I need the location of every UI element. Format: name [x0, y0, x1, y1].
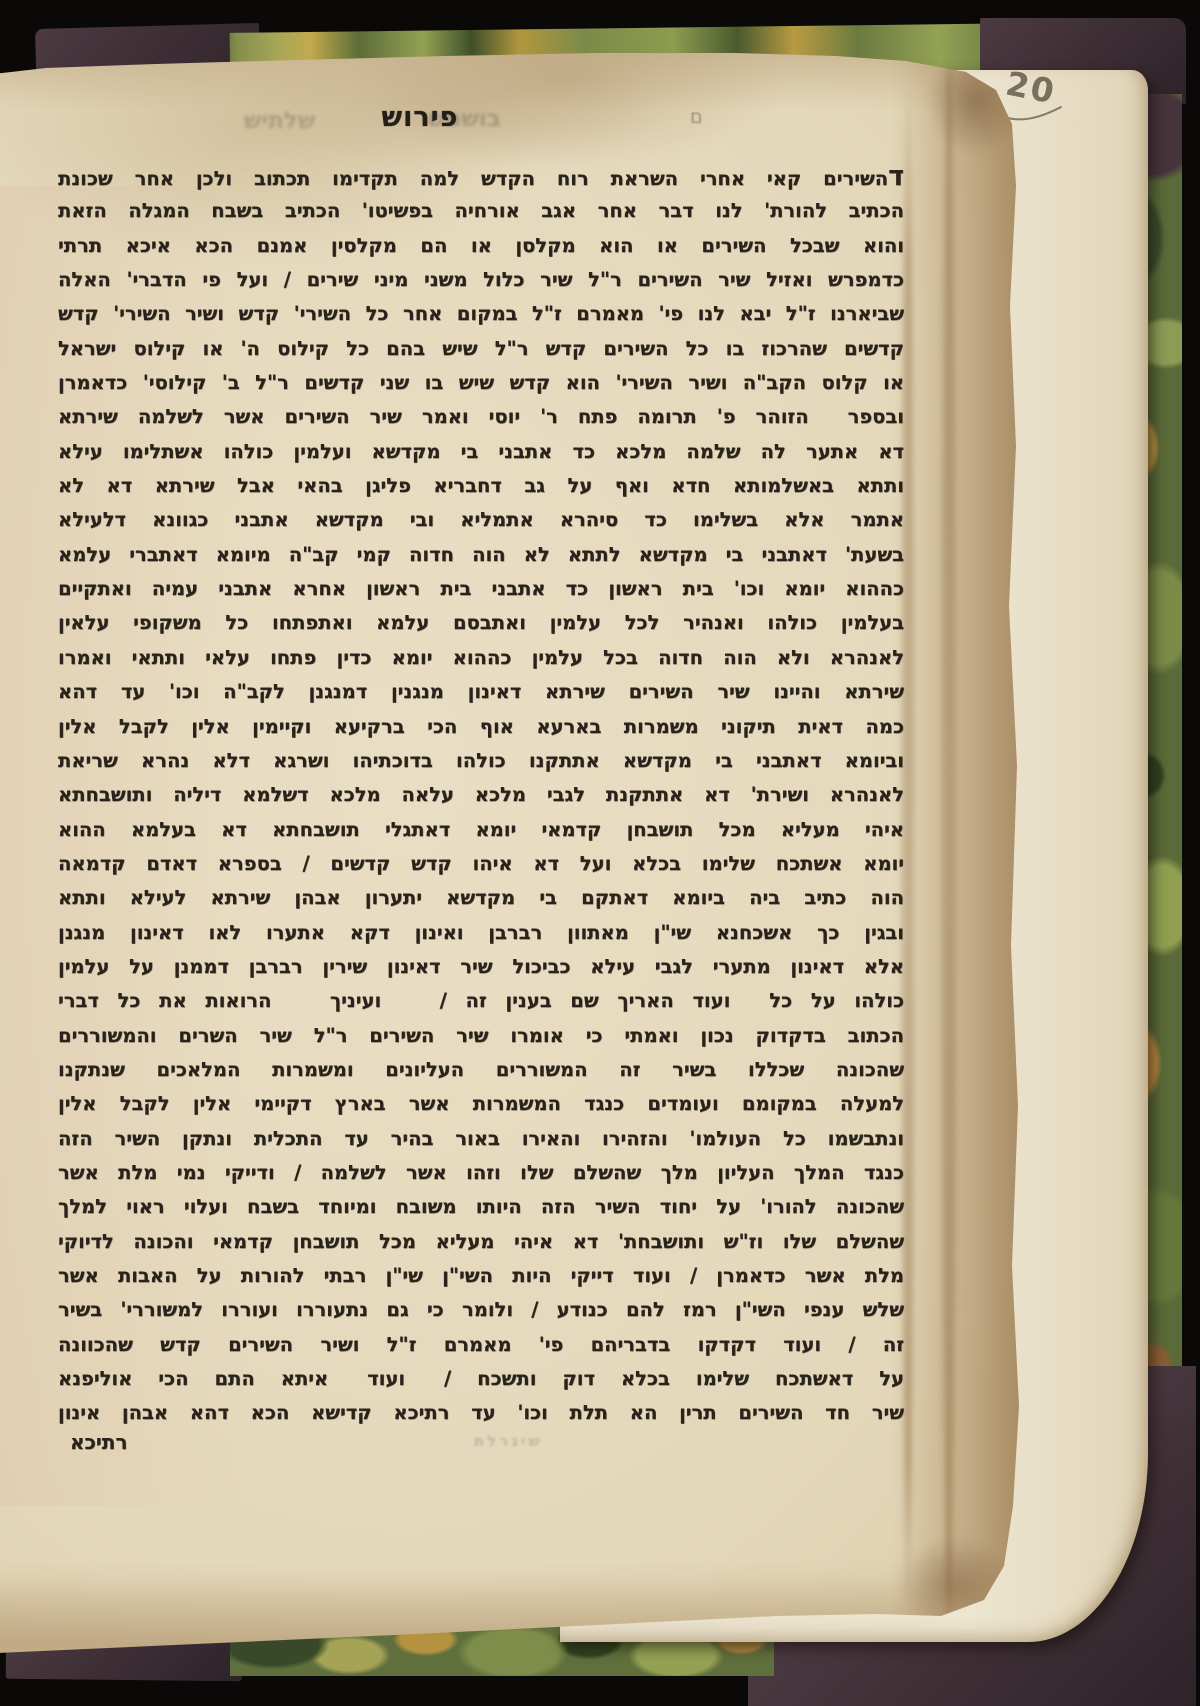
text-line: שלש ענפי השי"ן רמז להם כנודע / ולומר כי … — [58, 1293, 904, 1327]
book-photo: 20 שלתיש בושםש ם פירוש דהשירים קאי אחרי … — [0, 0, 1200, 1706]
text-line: כההוא יומא וכו' בית ראשון כד אתבני בית ר… — [58, 572, 904, 606]
text-line: ובגין כך אשכחנא שי"ן מאתוון רברבן ואינון… — [58, 916, 904, 950]
leather-cover-bottom-edge — [748, 1638, 1196, 1706]
text-line: דהשירים קאי אחרי השראת רוח הקדש למה תקדי… — [58, 160, 904, 194]
text-line: כולהו על כל ועוד האריך שם בענין זה / ועי… — [58, 984, 904, 1018]
text-line: הכתיב להורת' לנו דבר אחר אגב אורחיה בפשי… — [58, 194, 904, 228]
show-through-text: שלתיש — [244, 108, 315, 134]
text-line: שהכונה שכללו בשיר זה המשוררים העליונים ו… — [58, 1053, 904, 1087]
page-header-title: פירוש — [340, 102, 500, 133]
text-line: ונתבשמו כל העולמו' והזהירו והאירו באור ב… — [58, 1122, 904, 1156]
text-line: יומא אשתכח שלימו בכלא ועל דא איהו קדש קד… — [58, 847, 904, 881]
text-line: דא אתער לה שלמה מלכא כד אתבני בי מקדשא ו… — [58, 435, 904, 469]
text-line: לאנהרא ולא הוה חדוה בכל עלמין כההוא יומא… — [58, 641, 904, 675]
text-line: לאנהרא ושירת' דא אתתקנת לגבי מלכא עלאה מ… — [58, 778, 904, 812]
text-line: אלא דאינון מתערי לגבי עילא כביכול שיר דא… — [58, 950, 904, 984]
show-through-smudge: שיגרלת — [474, 1432, 543, 1450]
printed-page: שלתיש בושםש ם פירוש דהשירים קאי אחרי השר… — [0, 46, 1038, 1658]
text-line: שירתא והיינו שיר השירים שירתא דאינון מנג… — [58, 675, 904, 709]
text-line: איהי מעליא מכל תושבחן קדמאי יומא דאתגלי … — [58, 813, 904, 847]
water-stain-right — [892, 46, 1022, 1658]
text-line: שיר חד השירים תרין הא תלת וכו' עד רתיכא … — [58, 1396, 904, 1430]
text-line: זה / ועוד דקדקו בדבריהם פי' מאמרם ז"ל וש… — [58, 1328, 904, 1362]
show-through-mark: ם — [690, 106, 703, 128]
text-line: או קלוס הקב"ה ושיר השירי' הוא קדש שיש בו… — [58, 366, 904, 400]
text-line: על דאשתכח שלימו בכלא דוק ותשכח / ועוד אי… — [58, 1362, 904, 1396]
text-line: כמה דאית תיקוני משמרות בארעא אוף הכי ברק… — [58, 710, 904, 744]
text-line: הכתוב בדקדוק נכון ואמתי כי אומרו שיר השי… — [58, 1019, 904, 1053]
text-line: בשעת' דאתבני בי מקדשא לתתא לא הוה חדוה ק… — [58, 538, 904, 572]
text-line: שהשלם שלו וז"ש ותושבחת' דא איהי מעליא מכ… — [58, 1225, 904, 1259]
text-line: וביומא דאתבני בי מקדשא אתתקנו כולהו בדוכ… — [58, 744, 904, 778]
text-line: שהכונה להורו' על יחוד השיר הזה היותו משו… — [58, 1190, 904, 1224]
text-line: אתמר אלא בשלימו כד סיהרא אתמליא ובי מקדש… — [58, 503, 904, 537]
text-line: מלת אשר כדאמרן / ועוד דייקי היות השי"ן ש… — [58, 1259, 904, 1293]
text-line: הוה כתיב ביה ביומא דאתקם בי מקדשא יתערון… — [58, 881, 904, 915]
text-line: כדמפרש ואזיל שיר השירים ר"ל שיר כלול משנ… — [58, 263, 904, 297]
text-line: ותתא באשלמותא חדא ואף על גב דחבריא פליגן… — [58, 469, 904, 503]
text-line: למעלה במקומם ועומדים כנגד המשמרות אשר בא… — [58, 1087, 904, 1121]
catchword: רתיכא — [70, 1430, 127, 1454]
text-line: קדשים שהרכוז בו כל השירים קדש ר"ל שיש בה… — [58, 332, 904, 366]
text-line: בעלמין כולהו ואנהיר לכל עלמין ואתבסם עלמ… — [58, 606, 904, 640]
text-block: דהשירים קאי אחרי השראת רוח הקדש למה תקדי… — [58, 160, 904, 1431]
stain-line — [942, 56, 956, 1636]
text-line: והוא שבכל השירים או הוא מקלסן או הם מקלס… — [58, 229, 904, 263]
text-line: כנגד המלך העליון מלך שהשלם שלו וזהו אשר … — [58, 1156, 904, 1190]
text-line: ובספר הזוהר פ' תרומה פתח ר' יוסי ואמר שי… — [58, 400, 904, 434]
text-line: שביארנו ז"ל יבא לנו פי' מאמרם ז"ל במקום … — [58, 297, 904, 331]
